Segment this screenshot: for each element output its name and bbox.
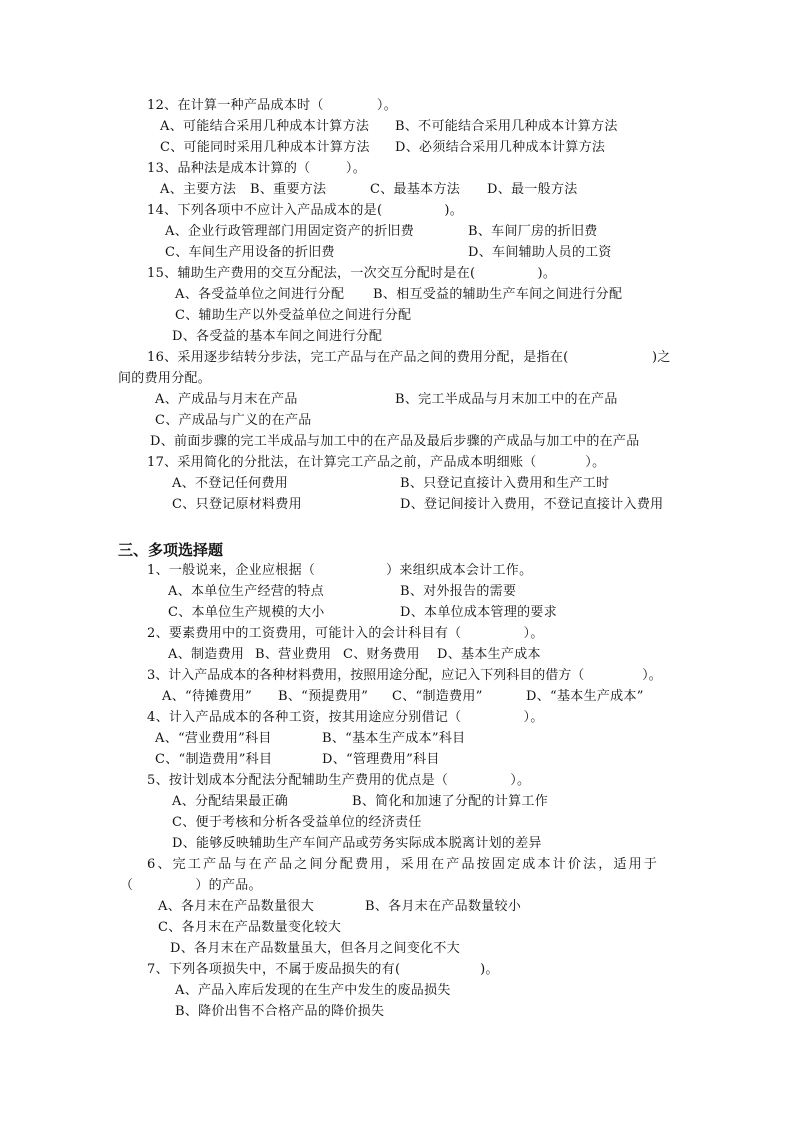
question-14-stem: 14、下列各项中不应计入产品成本的是( )。 bbox=[147, 203, 463, 219]
question-16-option-a: A、产成品与月末在产品 bbox=[155, 392, 298, 408]
mc-question-3-option-d: D、“基本生产成本” bbox=[526, 689, 644, 705]
mc-question-4-stem: 4、计入产品成本的各种工资，按其用途应分别借记（ ）。 bbox=[147, 710, 544, 726]
mc-question-1-option-a: A、本单位生产经营的特点 bbox=[168, 584, 324, 600]
mc-question-6-option-c: C、各月末在产品数量变化较大 bbox=[158, 920, 341, 936]
question-16-option-b: B、完工半成品与月末加工中的在产品 bbox=[395, 392, 618, 408]
question-13-option-a: A、主要方法 bbox=[160, 182, 236, 198]
mc-question-4-option-b: B、“基本生产成本”科目 bbox=[322, 731, 465, 747]
question-17-option-d: D、登记间接计入费用，不登记直接计入费用 bbox=[400, 497, 663, 513]
mc-question-2-stem: 2、要素费用中的工资费用，可能计入的会计科目有（ ）。 bbox=[147, 626, 544, 642]
section-heading-multiple-choice: 三、多项选择题 bbox=[118, 541, 223, 559]
mc-question-7-option-b: B、降价出售不合格产品的降价损失 bbox=[175, 1004, 384, 1020]
question-13-option-d: D、最一般方法 bbox=[487, 182, 578, 198]
mc-question-6-option-a: A、各月末在产品数量很大 bbox=[158, 899, 314, 915]
mc-question-2-option-b: B、营业费用 bbox=[255, 647, 331, 663]
mc-question-1-option-b: B、对外报告的需要 bbox=[400, 584, 516, 600]
mc-question-2-option-a: A、制造费用 bbox=[168, 647, 244, 663]
mc-question-3-option-c: C、“制造费用” bbox=[392, 689, 483, 705]
question-13-option-b: B、重要方法 bbox=[250, 182, 326, 198]
question-12-option-c: C、可能同时采用几种成本计算方法 bbox=[160, 140, 370, 156]
question-17-option-a: A、不登记任何费用 bbox=[172, 476, 288, 492]
question-14-option-d: D、车间辅助人员的工资 bbox=[468, 245, 612, 261]
mc-question-6-option-d: D、各月末在产品数量虽大，但各月之间变化不大 bbox=[170, 941, 460, 957]
question-16-stem-line2: 间的费用分配。 bbox=[118, 371, 211, 387]
question-15-option-b: B、相互受益的辅助生产车间之间进行分配 bbox=[373, 287, 622, 303]
mc-question-5-stem: 5、按计划成本分配法分配辅助生产费用的优点是（ ）。 bbox=[147, 773, 530, 789]
question-16-option-d: D、前面步骤的完工半成品与加工中的在产品及最后步骤的产成品与加工中的在产品 bbox=[150, 434, 640, 450]
question-12-option-d: D、必须结合采用几种成本计算方法 bbox=[395, 140, 605, 156]
mc-question-5-option-b: B、简化和加速了分配的计算工作 bbox=[352, 794, 548, 810]
question-16-stem-line1-end: )之 bbox=[652, 350, 671, 366]
mc-question-4-option-d: D、“管理费用”科目 bbox=[322, 752, 440, 768]
mc-question-2-option-c: C、财务费用 bbox=[343, 647, 420, 663]
question-15-stem: 15、辅助生产费用的交互分配法，一次交互分配时是在( )。 bbox=[147, 266, 556, 282]
question-12-stem: 12、在计算一种产品成本时（ ）。 bbox=[147, 98, 397, 114]
question-14-option-c: C、车间生产用设备的折旧费 bbox=[165, 245, 335, 261]
question-17-option-c: C、只登记原材料费用 bbox=[172, 497, 302, 513]
question-14-option-b: B、车间厂房的折旧费 bbox=[468, 224, 598, 240]
mc-question-7-option-a: A、产品入库后发现的在生产中发生的废品损失 bbox=[175, 983, 451, 999]
question-13-option-c: C、最基本方法 bbox=[370, 182, 460, 198]
mc-question-1-stem: 1、一般说来，企业应根据（ ）来组织成本会计工作。 bbox=[147, 563, 532, 579]
question-16-option-c: C、产成品与广义的在产品 bbox=[155, 413, 312, 429]
mc-question-1-option-c: C、本单位生产规模的大小 bbox=[168, 605, 325, 621]
question-12-option-a: A、可能结合采用几种成本计算方法 bbox=[160, 119, 369, 135]
question-15-option-c: C、辅助生产以外受益单位之间进行分配 bbox=[175, 308, 411, 324]
question-14-option-a: A、企业行政管理部门用固定资产的折旧费 bbox=[165, 224, 414, 240]
mc-question-3-option-b: B、“预提费用” bbox=[278, 689, 368, 705]
mc-question-4-option-c: C、“制造费用”科目 bbox=[155, 752, 272, 768]
question-15-option-a: A、各受益单位之间进行分配 bbox=[175, 287, 344, 303]
mc-question-4-option-a: A、“营业费用”科目 bbox=[155, 731, 272, 747]
question-16-stem-line1: 16、采用逐步结转分步法，完工产品与在产品之间的费用分配，是指在( bbox=[147, 350, 569, 366]
question-17-stem: 17、采用简化的分批法，在计算完工产品之前，产品成本明细账（ ）。 bbox=[147, 455, 605, 471]
mc-question-5-option-c: C、便于考核和分析各受益单位的经济责任 bbox=[172, 815, 422, 831]
mc-question-3-option-a: A、“待摊费用” bbox=[162, 689, 252, 705]
mc-question-2-option-d: D、基本生产成本 bbox=[437, 647, 541, 663]
mc-question-1-option-d: D、本单位成本管理的要求 bbox=[400, 605, 557, 621]
mc-question-3-stem: 3、计入产品成本的各种材料费用，按照用途分配，应记入下列科目的借方（ ）。 bbox=[147, 668, 662, 684]
mc-question-5-option-d: D、能够反映辅助生产车间产品或劳务实际成本脱离计划的差异 bbox=[172, 836, 542, 852]
mc-question-6-option-b: B、各月末在产品数量较小 bbox=[365, 899, 521, 915]
question-13-stem: 13、品种法是成本计算的（ ）。 bbox=[147, 161, 366, 177]
mc-question-6-stem-line1: 6、完工产品与在产品之间分配费用，采用在产品按固定成本计价法，适用于 bbox=[147, 857, 659, 873]
question-12-option-b: B、不可能结合采用几种成本计算方法 bbox=[395, 119, 618, 135]
mc-question-6-stem-line2: （ ）的产品。 bbox=[120, 878, 262, 894]
mc-question-7-stem: 7、下列各项损失中，不属于废品损失的有( )。 bbox=[147, 962, 499, 978]
mc-question-5-option-a: A、分配结果最正确 bbox=[172, 794, 288, 810]
question-17-option-b: B、只登记直接计入费用和生产工时 bbox=[400, 476, 609, 492]
question-15-option-d: D、各受益的基本车间之间进行分配 bbox=[172, 329, 382, 345]
